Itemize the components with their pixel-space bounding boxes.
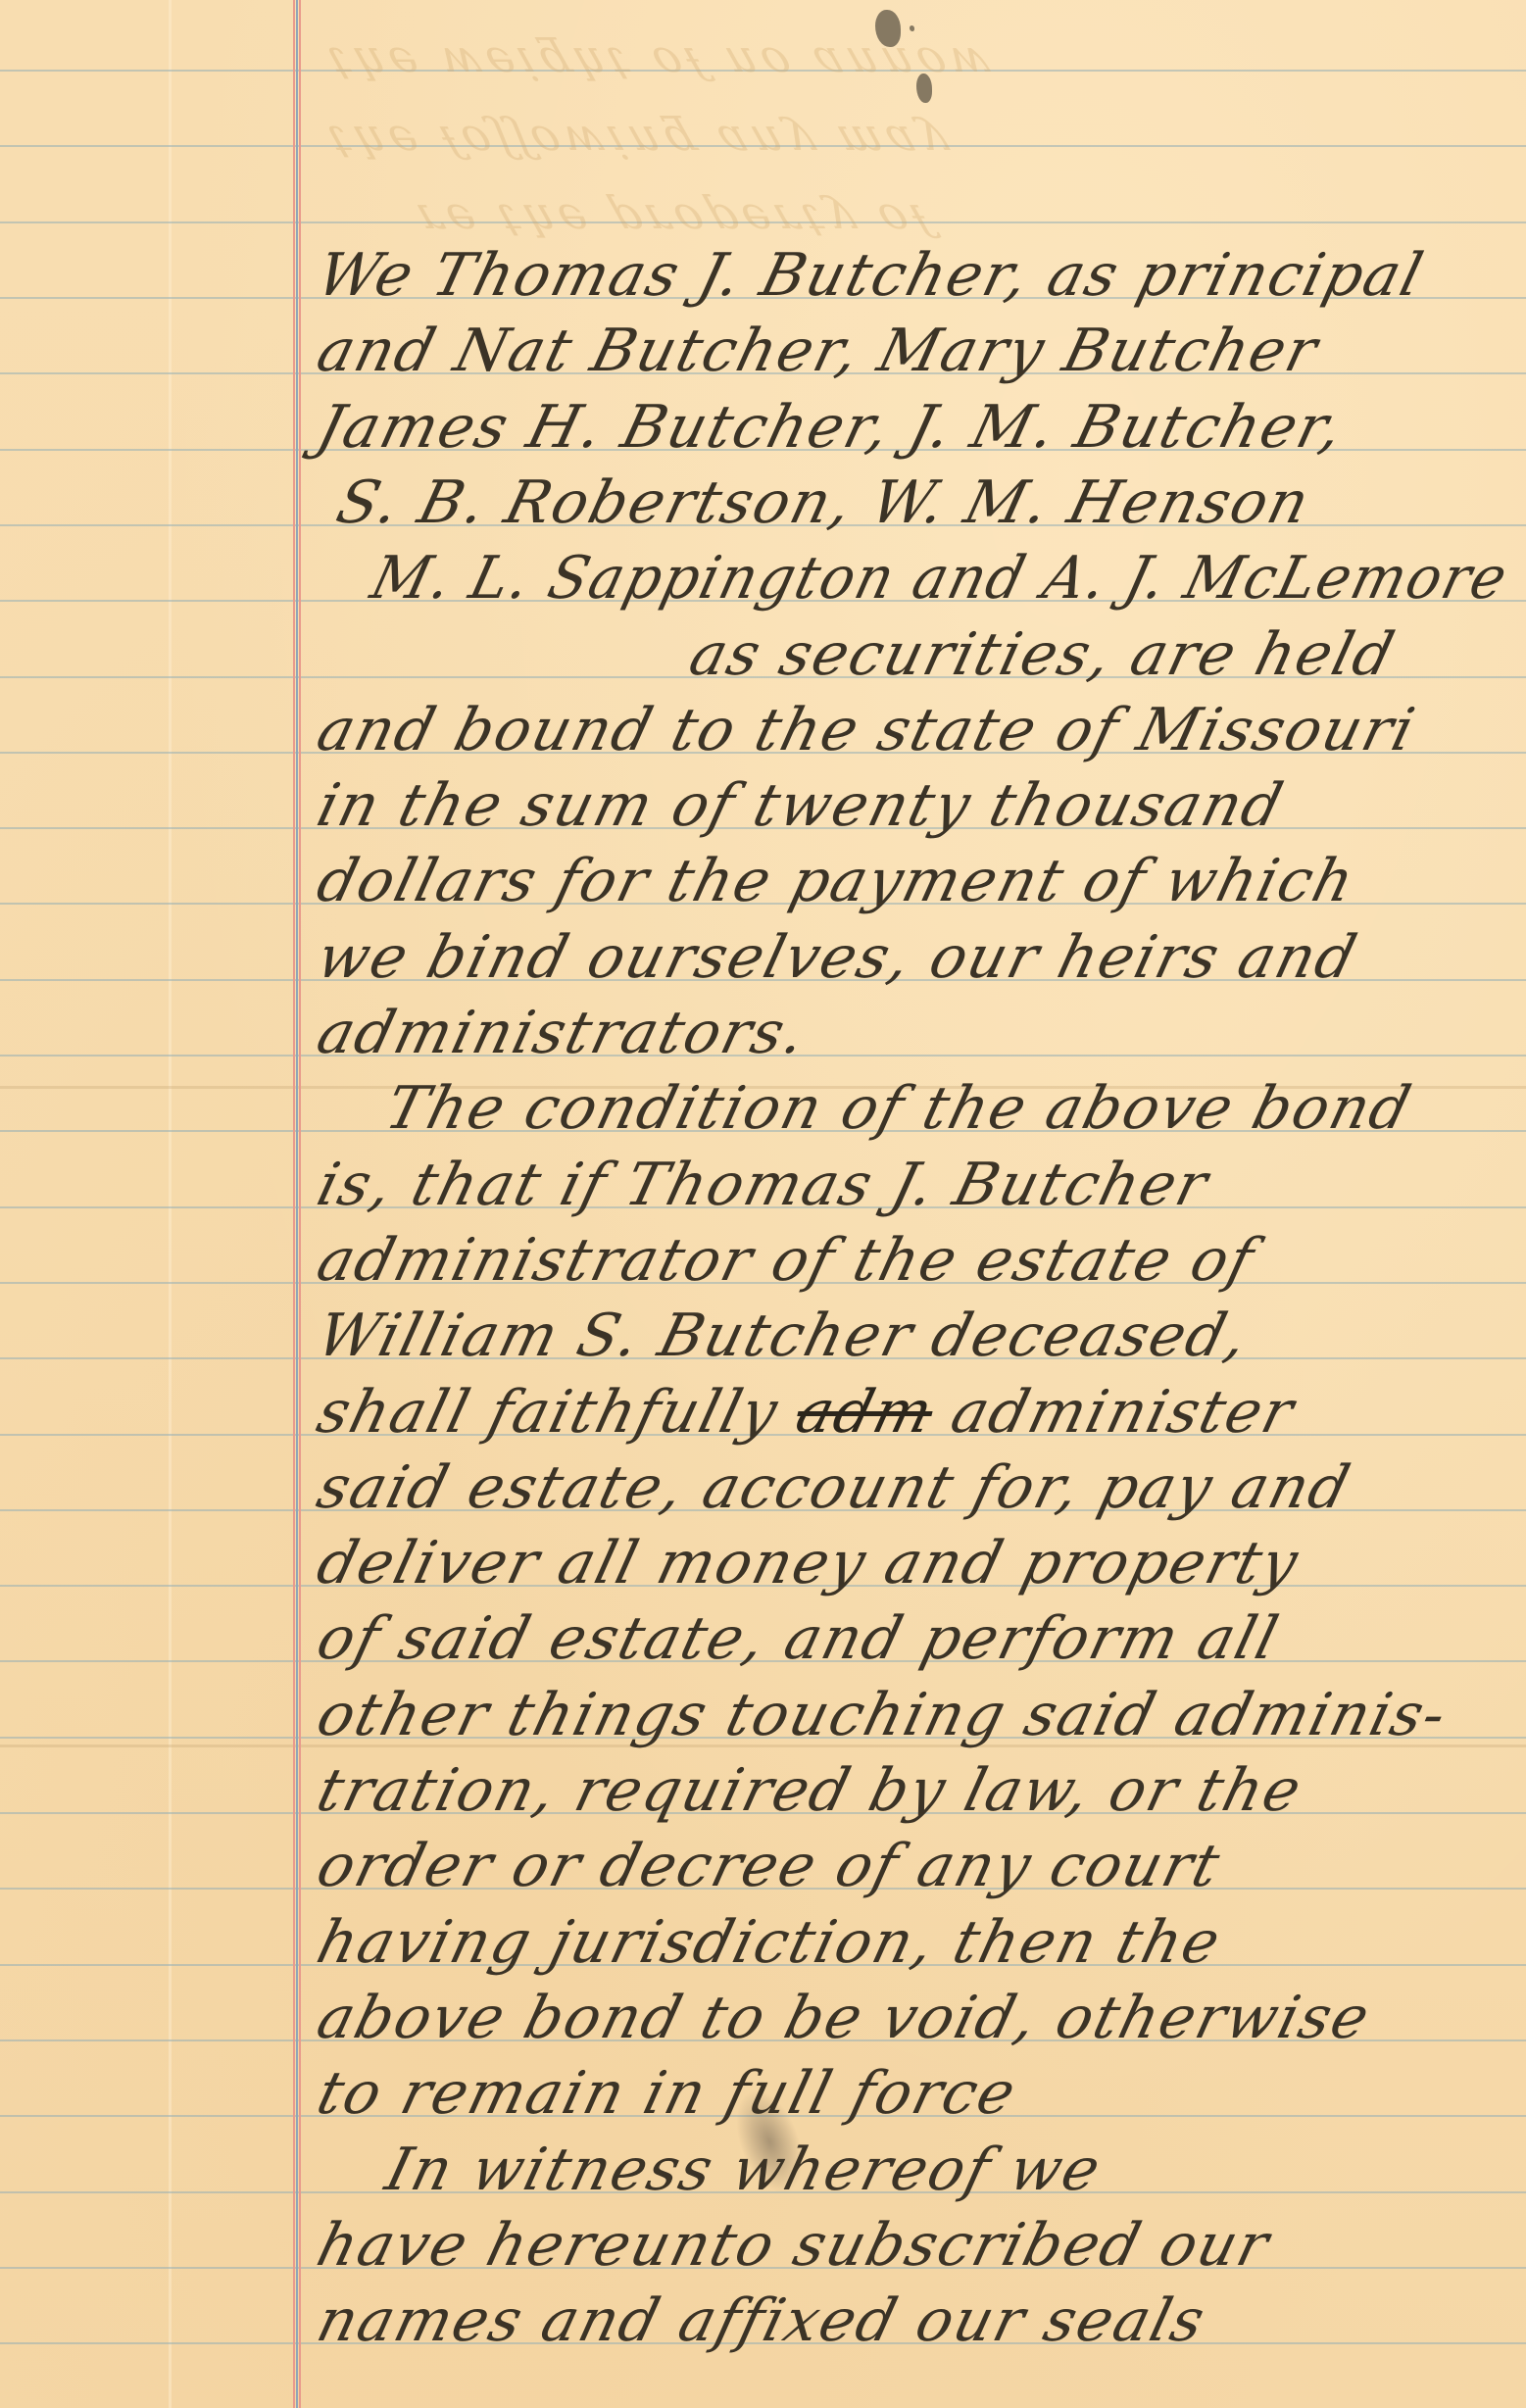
paper-fold-vertical (169, 0, 172, 2408)
text-line: is, that if Thomas J. Butcher (312, 1155, 1214, 1214)
text-line: dollars for the payment of which (312, 852, 1361, 910)
text-line: S. B. Robertson, W. M. Henson (331, 473, 1316, 532)
text-line: in the sum of twenty thousand (312, 776, 1290, 835)
text-line: above bond to be void, otherwise (312, 1989, 1376, 2047)
text-line: In witness whereof we (380, 2140, 1108, 2199)
text-line: M. L. Sappington and A. J. McLemore (366, 549, 1514, 608)
text-line: names and affixed our seals (312, 2291, 1211, 2350)
bleed-through-text: ɟo ʎʇɹǝdoɹd ǝɥʇ ǝɹ (402, 186, 935, 239)
margin-line-red (299, 0, 301, 2408)
ink-blot (875, 10, 901, 47)
margin-line-red (293, 0, 295, 2408)
text-line: other things touching said adminis- (312, 1686, 1453, 1745)
text-line: administrators. (312, 1004, 812, 1062)
text-line: The condition of the above bond (380, 1079, 1417, 1138)
text-line: as securities, are held (684, 625, 1402, 684)
ink-speck (910, 25, 914, 31)
text-line: deliver all money and property (312, 1534, 1304, 1593)
text-line: order or decree of any court (312, 1837, 1227, 1895)
text-line: we bind ourselves, our heirs and (312, 928, 1363, 987)
text-line: of said estate, and perform all (312, 1609, 1285, 1668)
text-line: William S. Butcher deceased, (312, 1306, 1255, 1365)
text-line: to remain in full force (312, 2064, 1022, 2123)
text-line: shall faithfully adm administer (312, 1383, 1301, 1442)
margin-line-blue (296, 0, 298, 2408)
text-line: James H. Butcher, J. M. Butcher, (312, 398, 1350, 457)
text-line: and Nat Butcher, Mary Butcher (312, 321, 1324, 380)
text-line: have hereunto subscribed our (312, 2216, 1276, 2275)
text-line: administrator of the estate of (312, 1231, 1260, 1290)
bleed-through-text: ʎɐɯ ʎuɐ ƃuᴉʍoʃʃoɟ ǝɥʇ (314, 108, 954, 161)
text-line: tration, required by law, or the (312, 1761, 1308, 1820)
document-page: ʍouuɐ ou ɟo ʇɥƃᴉǝʍ ǝɥʇ ʎɐɯ ʎuɐ ƃuᴉʍoʃʃoɟ… (0, 0, 1526, 2408)
text-line: and bound to the state of Missouri (312, 701, 1421, 760)
text-line: said estate, account for, pay and (312, 1458, 1356, 1517)
struck-word: adm (790, 1378, 942, 1447)
text-line: We Thomas J. Butcher, as principal (312, 246, 1430, 305)
ink-blot (916, 74, 932, 103)
text-line: having jurisdiction, then the (312, 1913, 1227, 1972)
